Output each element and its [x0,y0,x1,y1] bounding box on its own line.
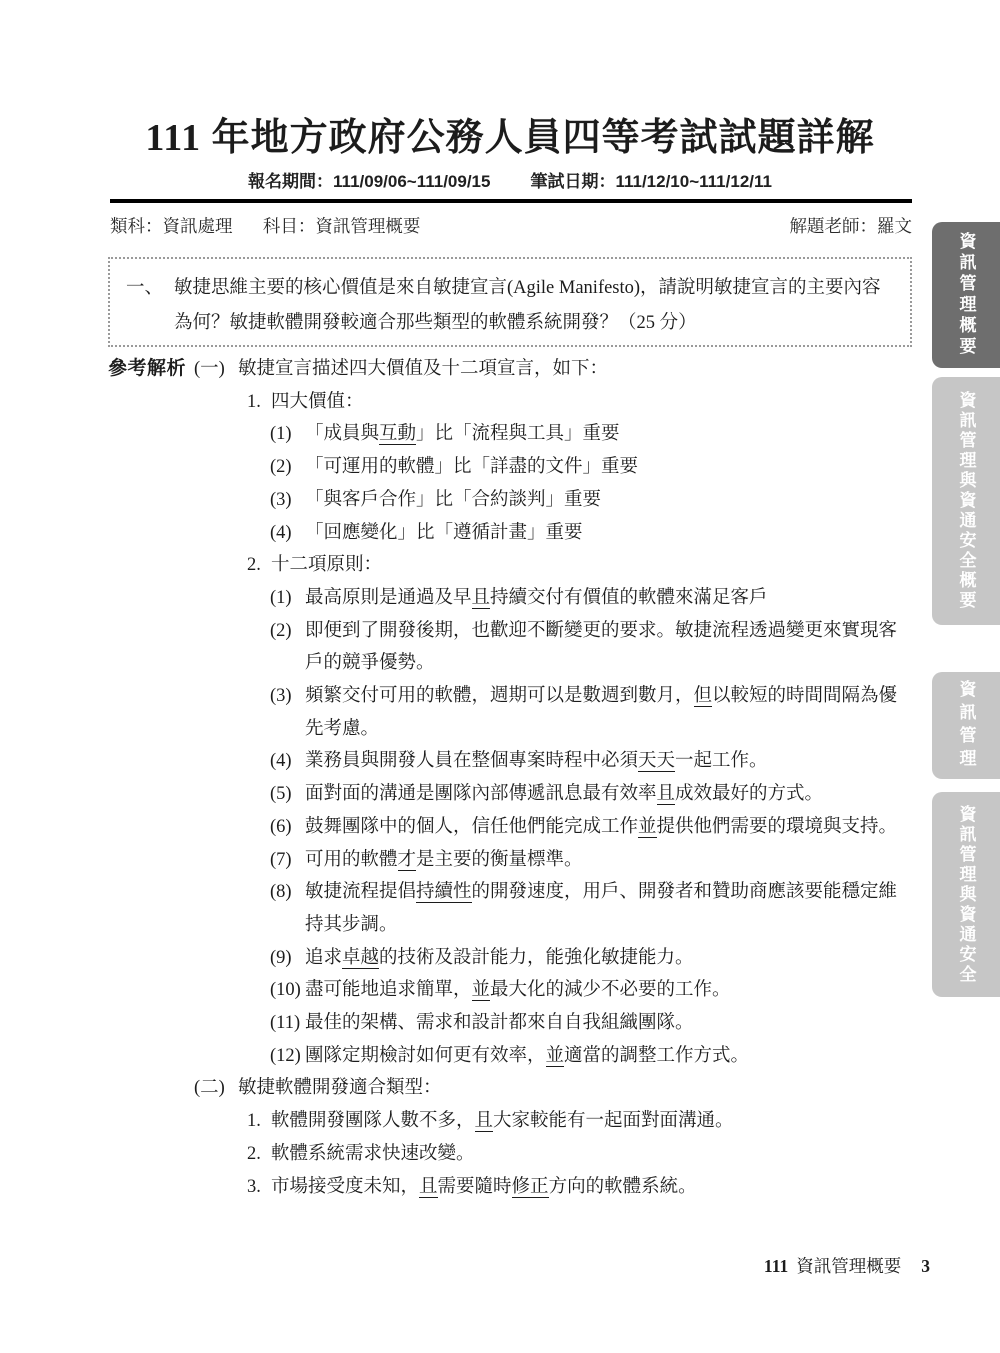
answer-text: 敏捷宣言描述四大價值及十二項宣言，如下： [238,353,914,386]
answer-line: (2)即便到了開發後期，也歡迎不斷變更的要求。敏捷流程透過變更來實現客戶的競爭優… [270,615,914,680]
answer-line: (二)敏捷軟體開發適合類型： [194,1072,914,1105]
answer-line: (8)敏捷流程提倡持續性的開發速度，用戶、開發者和贊助商應該要能穩定維持其步調。 [270,876,914,941]
footer-year: 111 [764,1256,788,1277]
question-box: 一、 敏捷思維主要的核心價值是來自敏捷宣言(Agile Manifesto)，請… [108,257,912,347]
side-tab-3: 資訊管理 [932,672,1000,779]
list-marker: (2) [270,451,305,484]
answer-text: 「回應變化」比「遵循計畫」重要 [305,517,914,550]
answer-line: (5)面對面的溝通是團隊內部傳遞訊息最有效率且成效最好的方式。 [270,778,914,811]
answer-text: 軟體開發團隊人數不多，且大家較能有一起面對面溝通。 [271,1105,914,1138]
answer-text: 四大價值： [271,386,914,419]
solution-label: 參考解析 [108,353,194,1203]
answer-line: 1.四大價值： [247,386,914,419]
list-marker: (一) [194,353,238,386]
list-marker: (10) [270,974,305,1007]
answer-text: 敏捷軟體開發適合類型： [238,1072,914,1105]
answer-line: (3)「與客戶合作」比「合約談判」重要 [270,484,914,517]
page-title: 111 年地方政府公務人員四等考試試題詳解 [60,106,960,161]
answer-text: 軟體系統需求快速改變。 [271,1138,914,1171]
document-page: 111 年地方政府公務人員四等考試試題詳解 報名期間：111/09/06~111… [0,0,1000,1353]
answer-line: (1)「成員與互動」比「流程與工具」重要 [270,418,914,451]
list-marker: (1) [270,418,305,451]
written-exam-date: 筆試日期：111/12/10~111/12/11 [530,167,772,192]
question-text: 敏捷思維主要的核心價值是來自敏捷宣言(Agile Manifesto)，請說明敏… [174,271,896,345]
answer-text: 頻繁交付可用的軟體，週期可以是數週到數月，但以較短的時間間隔為優先考慮。 [305,680,914,745]
answer-line: 1.軟體開發團隊人數不多，且大家較能有一起面對面溝通。 [247,1105,914,1138]
list-marker: (5) [270,778,305,811]
answer-text: 最高原則是通過及早且持續交付有價值的軟體來滿足客戶 [305,582,914,615]
answer-line: (11)最佳的架構、需求和設計都來自自我組織團隊。 [270,1007,914,1040]
answer-text: 追求卓越的技術及設計能力，能強化敏捷能力。 [305,942,914,975]
exam-dates-line: 報名期間：111/09/06~111/09/15筆試日期：111/12/10~1… [60,167,960,192]
answer-text: 「可運用的軟體」比「詳盡的文件」重要 [305,451,914,484]
side-tab-rail: 資訊管理概要資訊管理與資通安全概要資訊管理資訊管理與資通安全 [930,0,1000,1353]
list-marker: (3) [270,484,305,517]
list-marker: (9) [270,942,305,975]
answer-line: (7)可用的軟體才是主要的衡量標準。 [270,844,914,877]
answer-text: 「成員與互動」比「流程與工具」重要 [305,418,914,451]
answer-line: 2.十二項原則： [247,549,914,582]
answer-text: 即便到了開發後期，也歡迎不斷變更的要求。敏捷流程透過變更來實現客戶的競爭優勢。 [305,615,914,680]
answer-line: (10)盡可能地追求簡單，並最大化的減少不必要的工作。 [270,974,914,1007]
answer-text: 「與客戶合作」比「合約談判」重要 [305,484,914,517]
answer-text: 最佳的架構、需求和設計都來自自我組織團隊。 [305,1007,914,1040]
list-marker: (6) [270,811,305,844]
question-number: 一、 [126,271,174,345]
answer-text: 業務員與開發人員在整個專案時程中必須天天一起工作。 [305,745,914,778]
answer-line: (4)業務員與開發人員在整個專案時程中必須天天一起工作。 [270,745,914,778]
category-label: 類科：資訊處理 [110,216,233,236]
list-marker: (11) [270,1007,305,1040]
answer-line: (9)追求卓越的技術及設計能力，能強化敏捷能力。 [270,942,914,975]
answer-line: (12)團隊定期檢討如何更有效率，並適當的調整工作方式。 [270,1040,914,1073]
answer-line: (2)「可運用的軟體」比「詳盡的文件」重要 [270,451,914,484]
list-marker: (4) [270,745,305,778]
solution-body: (一)敏捷宣言描述四大價值及十二項宣言，如下：1.四大價值：(1)「成員與互動」… [194,353,914,1203]
teacher-label: 解題老師：羅文 [790,213,913,238]
page-number: 3 [921,1256,930,1277]
answer-line: (6)鼓舞團隊中的個人，信任他們能完成工作並提供他們需要的環境與支持。 [270,811,914,844]
meta-row: 類科：資訊處理 科目：資訊管理概要 解題老師：羅文 [110,213,912,238]
list-marker: 3. [247,1171,271,1204]
answer-text: 市場接受度未知，且需要隨時修正方向的軟體系統。 [271,1171,914,1204]
list-marker: (4) [270,517,305,550]
registration-period: 報名期間：111/09/06~111/09/15 [248,167,490,192]
subject-label: 科目：資訊管理概要 [263,216,421,236]
answer-text: 團隊定期檢討如何更有效率，並適當的調整工作方式。 [305,1040,914,1073]
footer-subject: 資訊管理概要 [796,1253,901,1278]
answer-text: 鼓舞團隊中的個人，信任他們能完成工作並提供他們需要的環境與支持。 [305,811,914,844]
side-tab-2: 資訊管理與資通安全概要 [932,377,1000,625]
list-marker: (二) [194,1072,238,1105]
answer-line: (4)「回應變化」比「遵循計畫」重要 [270,517,914,550]
answer-line: 2.軟體系統需求快速改變。 [247,1138,914,1171]
header-divider [110,199,912,203]
answer-text: 可用的軟體才是主要的衡量標準。 [305,844,914,877]
list-marker: 2. [247,1138,271,1171]
list-marker: (2) [270,615,305,680]
list-marker: 1. [247,1105,271,1138]
answer-text: 十二項原則： [271,549,914,582]
answer-line: (1)最高原則是通過及早且持續交付有價值的軟體來滿足客戶 [270,582,914,615]
side-tab-1: 資訊管理概要 [932,222,1000,368]
answer-text: 敏捷流程提倡持續性的開發速度，用戶、開發者和贊助商應該要能穩定維持其步調。 [305,876,914,941]
answer-line: 3.市場接受度未知，且需要隨時修正方向的軟體系統。 [247,1171,914,1204]
list-marker: 2. [247,549,271,582]
side-tab-4: 資訊管理與資通安全 [932,792,1000,997]
meta-left: 類科：資訊處理 科目：資訊管理概要 [110,213,420,238]
list-marker: (12) [270,1040,305,1073]
list-marker: (3) [270,680,305,745]
list-marker: 1. [247,386,271,419]
page-footer: 111 資訊管理概要 3 [764,1253,930,1278]
list-marker: (7) [270,844,305,877]
answer-text: 面對面的溝通是團隊內部傳遞訊息最有效率且成效最好的方式。 [305,778,914,811]
answer-line: (3)頻繁交付可用的軟體，週期可以是數週到數月，但以較短的時間間隔為優先考慮。 [270,680,914,745]
answer-line: (一)敏捷宣言描述四大價值及十二項宣言，如下： [194,353,914,386]
answer-text: 盡可能地追求簡單，並最大化的減少不必要的工作。 [305,974,914,1007]
list-marker: (8) [270,876,305,941]
solution-section: 參考解析 (一)敏捷宣言描述四大價值及十二項宣言，如下：1.四大價值：(1)「成… [108,353,914,1203]
list-marker: (1) [270,582,305,615]
